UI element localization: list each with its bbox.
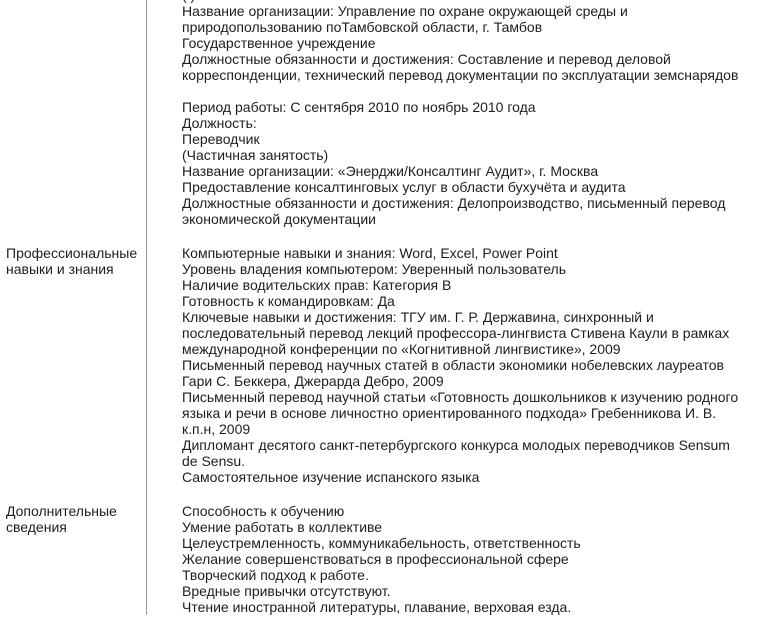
info-line: Чтение иностранной литературы, плавание,…: [182, 599, 742, 615]
skill-line: Самостоятельное изучение испанского язык…: [182, 469, 742, 485]
skill-line: Компьютерные навыки и знания: Word, Exce…: [182, 245, 742, 261]
section-additional-info: Дополнительные сведения Способность к об…: [0, 494, 757, 615]
info-line: Способность к обучению: [182, 503, 742, 519]
employment-type-line: (Частичная занятость): [182, 147, 742, 163]
blank-line: [182, 83, 742, 99]
section-content: Компьютерные навыки и знания: Word, Exce…: [147, 236, 742, 494]
skill-line: к.п.н, 2009: [182, 421, 742, 437]
skill-line: Письменный перевод научных статей в обла…: [182, 357, 742, 373]
organization-name-line-cont: природопользованию поТамбовской области,…: [182, 19, 742, 35]
position-value-line: Переводчик: [182, 131, 742, 147]
info-line: Желание совершенствоваться в профессиона…: [182, 551, 742, 567]
info-line: Умение работать в коллективе: [182, 519, 742, 535]
duties-line: Должностные обязанности и достижения: Со…: [182, 51, 742, 67]
section-professional-skills: Профессиональные навыки и знания Компьют…: [0, 236, 757, 494]
organization-activity-line: Предоставление консалтинговых услуг в об…: [182, 179, 742, 195]
skill-line: языка и речи в основе личностно ориентир…: [182, 405, 742, 421]
skill-line: Готовность к командировкам: Да: [182, 293, 742, 309]
skill-line: Уровень владения компьютером: Уверенный …: [182, 261, 742, 277]
skill-line: de Sensu.: [182, 453, 742, 469]
section-label-text: Профессиональные навыки и знания: [6, 245, 137, 277]
organization-type-line: Государственное учреждение: [182, 35, 742, 51]
section-content: ( ) Название организации: Управление по …: [147, 0, 742, 236]
skill-line: Гари С. Беккера, Джерарда Дебро, 2009: [182, 373, 742, 389]
organization-name-line: Название организации: Управление по охра…: [182, 3, 742, 19]
skill-line: последовательный перевод лекций профессо…: [182, 325, 742, 341]
section-label-text: Дополнительные сведения: [6, 503, 117, 535]
skill-line: Ключевые навыки и достижения: ТГУ им. Г.…: [182, 309, 742, 325]
organization-name-line: Название организации: «Энерджи/Консалтин…: [182, 163, 742, 179]
info-line: Творческий подход к работе.: [182, 567, 742, 583]
skill-line: международной конференции по «Когнитивно…: [182, 341, 742, 357]
position-label-line: Должность:: [182, 115, 742, 131]
section-label: Дополнительные сведения: [0, 494, 147, 615]
info-line: Вредные привычки отсутствуют.: [182, 583, 742, 599]
resume-table: ( ) Название организации: Управление по …: [0, 0, 757, 615]
section-work-experience: ( ) Название организации: Управление по …: [0, 0, 757, 236]
skill-line: Письменный перевод научной статьи «Готов…: [182, 389, 742, 405]
duties-line: Должностные обязанности и достижения: Де…: [182, 195, 742, 211]
section-label: Профессиональные навыки и знания: [0, 236, 147, 494]
section-label: [0, 0, 147, 236]
section-content: Способность к обучению Умение работать в…: [147, 494, 742, 615]
skill-line: Наличие водительских прав: Категория B: [182, 277, 742, 293]
skill-line: Дипломант десятого санкт-петербургского …: [182, 437, 742, 453]
duties-line-cont: экономической документации: [182, 211, 742, 227]
info-line: Целеустремленность, коммуникабельность, …: [182, 535, 742, 551]
work-period-line: Период работы: С сентября 2010 по ноябрь…: [182, 99, 742, 115]
duties-line-cont: корреспонденции, технический перевод док…: [182, 67, 742, 83]
